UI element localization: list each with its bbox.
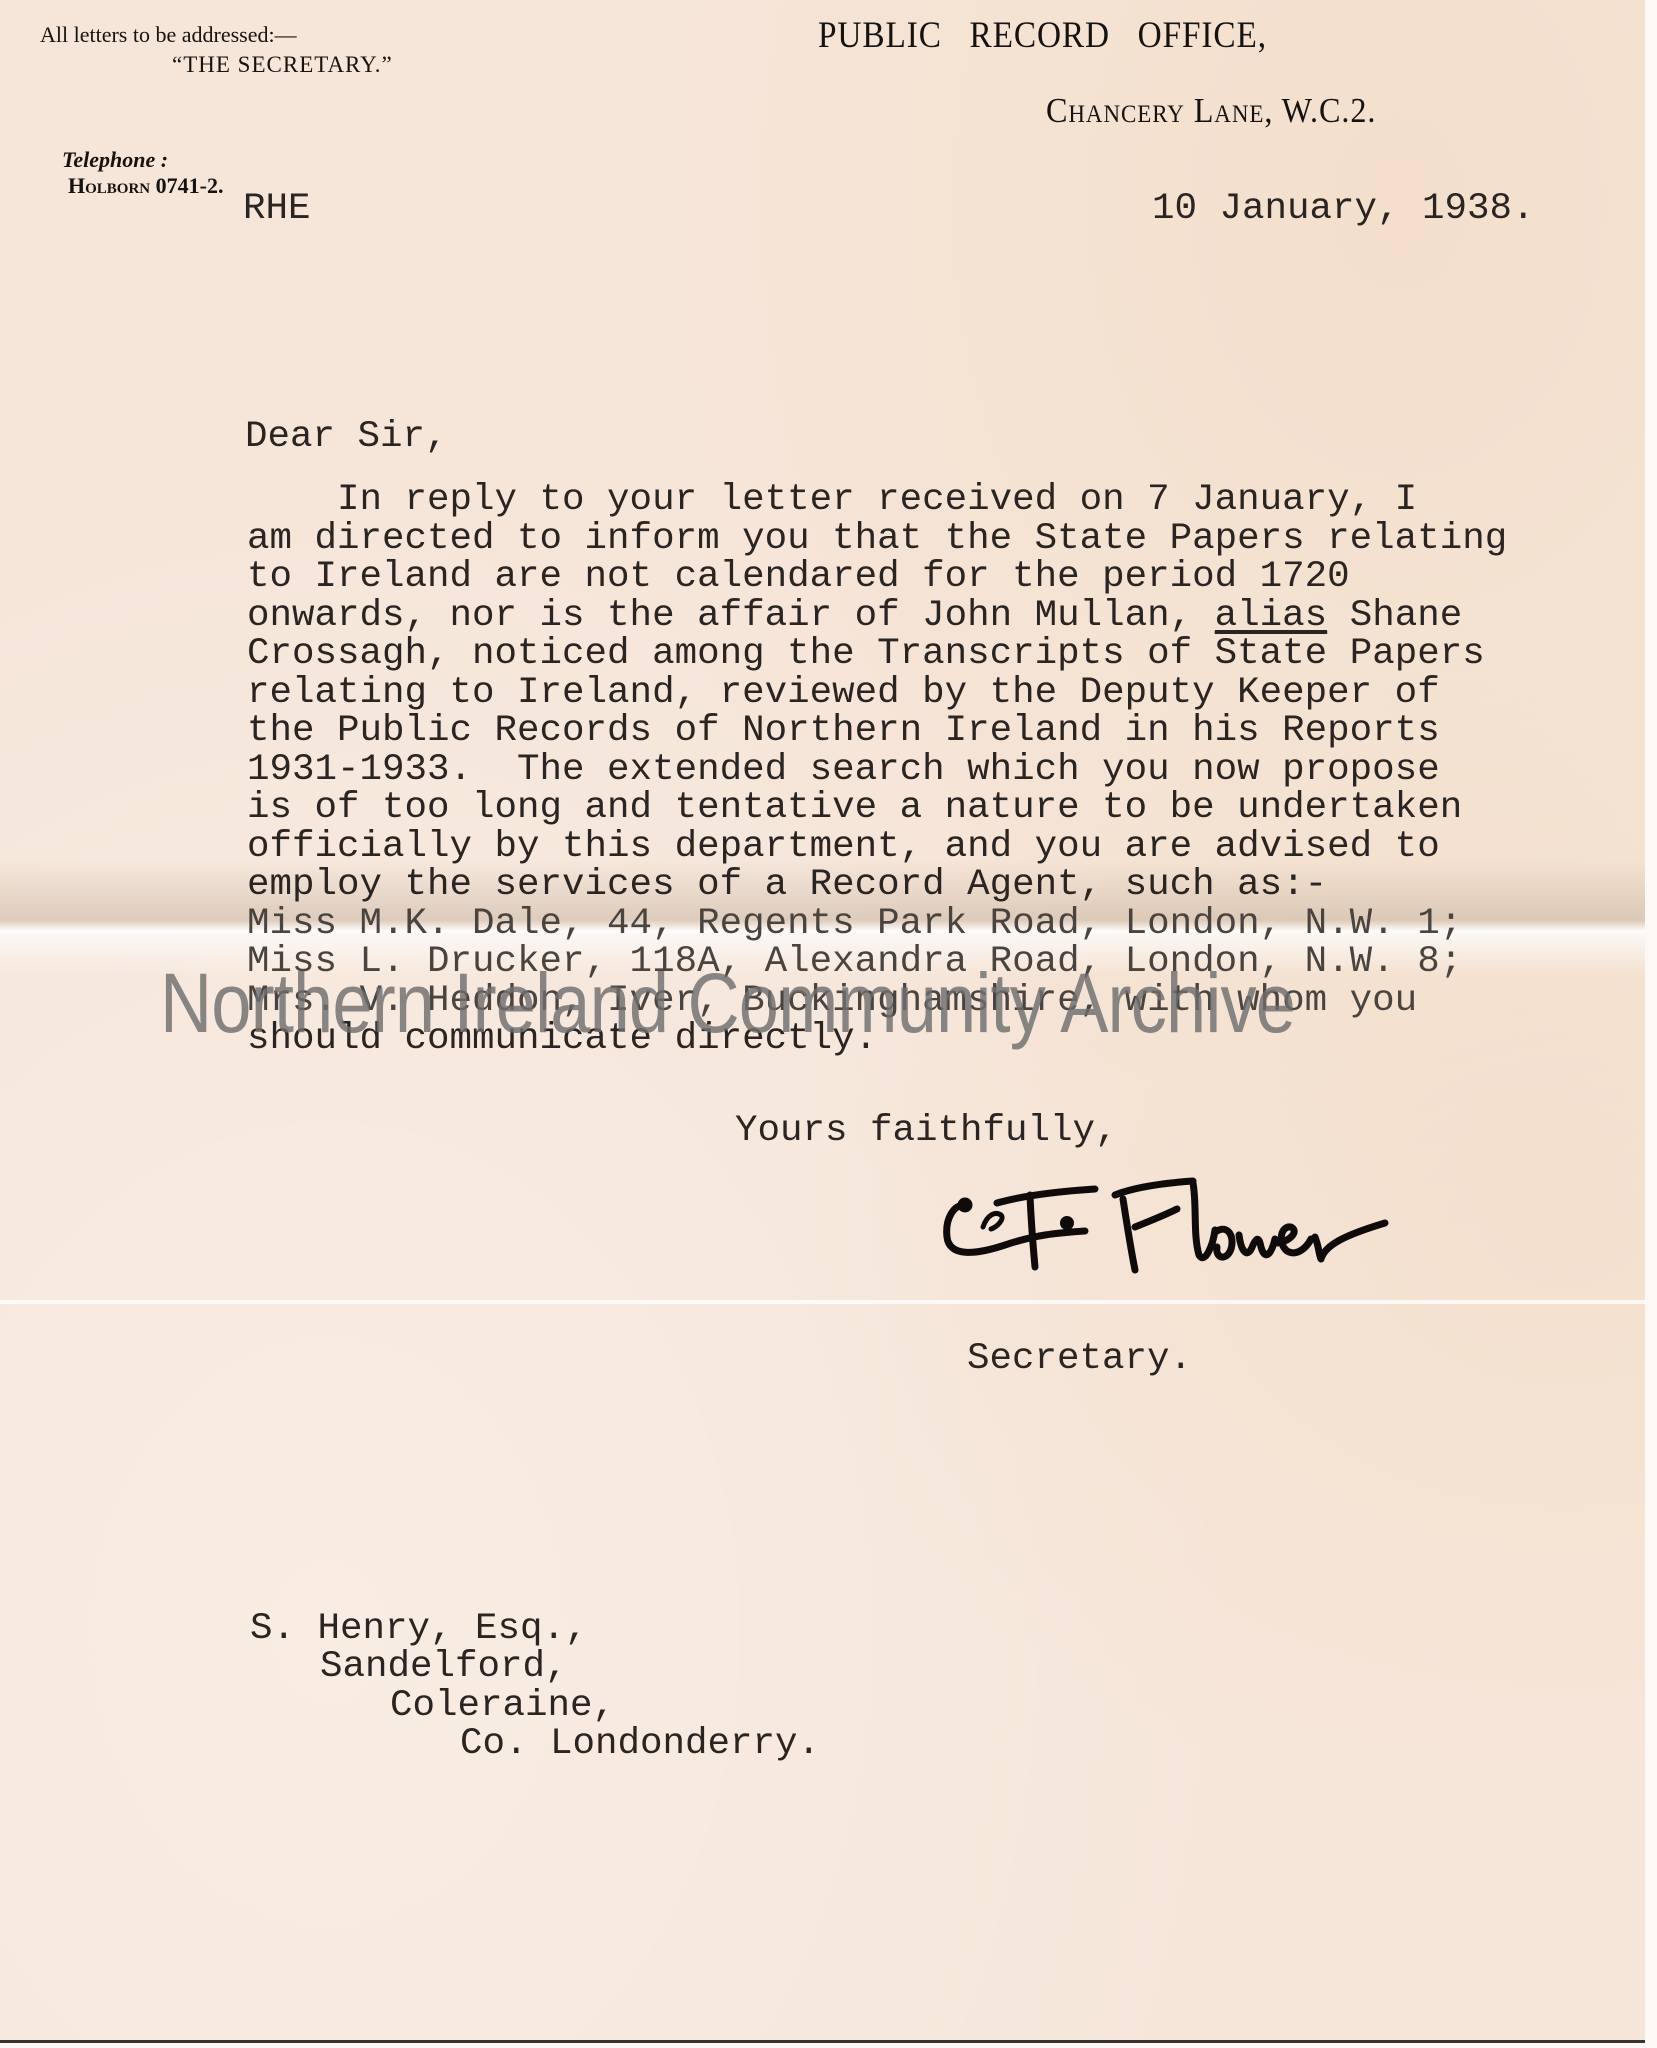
body-line-text: Crossagh, noticed among the Transcripts …: [247, 633, 1215, 675]
closing: Yours faithfully,: [735, 1112, 1118, 1151]
signatory-title: Secretary.: [967, 1340, 1192, 1379]
address-instruction: All letters to be addressed:—: [40, 22, 297, 48]
body-line: to Ireland are not calendared for the pe…: [247, 558, 1350, 597]
body-line: the Public Records of Northern Ireland i…: [247, 712, 1440, 751]
fold-crease-lower: [0, 1300, 1645, 1304]
address-to: “THE SECRETARY.”: [172, 52, 393, 78]
body-line-text: onwards, nor is the affair of John Mulla…: [247, 595, 1215, 637]
body-line-text: Shane: [1327, 595, 1462, 637]
telephone-value: Holborn 0741-2.: [68, 173, 223, 198]
office-address: Chancery Lane, W.C.2.: [1046, 91, 1376, 131]
body-line: In reply to your letter received on 7 Ja…: [247, 481, 1417, 520]
body-line: officially by this department, and you a…: [247, 828, 1440, 867]
archive-watermark: Northern Ireland Community Archive: [160, 955, 1295, 1052]
signature-image: [935, 1175, 1395, 1275]
body-line: Crossagh, noticed among the Transcripts …: [247, 635, 1485, 674]
salutation: Dear Sir,: [245, 418, 448, 457]
recipient-line: Sandelford,: [320, 1648, 568, 1687]
body-line: employ the services of a Record Agent, s…: [247, 866, 1327, 905]
recipient-name: S. Henry, Esq.,: [250, 1610, 588, 1649]
body-line: is of too long and tentative a nature to…: [247, 789, 1462, 828]
telephone-label: Telephone :: [62, 147, 168, 172]
letter-page: All letters to be addressed:— “THE SECRE…: [0, 0, 1645, 2043]
telephone-block: Telephone : Holborn 0741-2.: [40, 121, 223, 225]
body-line-text: Papers: [1327, 633, 1485, 675]
body-line: Miss M.K. Dale, 44, Regents Park Road, L…: [247, 905, 1462, 944]
body-line: 1931-1933. The extended search which you…: [247, 751, 1440, 790]
recipient-line: Co. Londonderry.: [460, 1725, 820, 1764]
office-name: PUBLIC RECORD OFFICE,: [818, 14, 1267, 57]
body-line: relating to Ireland, reviewed by the Dep…: [247, 674, 1440, 713]
letter-date: 10 January, 1938.: [1152, 190, 1535, 229]
state-overlined: State: [1215, 630, 1328, 675]
recipient-line: Coleraine,: [390, 1687, 615, 1726]
body-line: am directed to inform you that the State…: [247, 520, 1507, 559]
reference-code: RHE: [243, 190, 311, 229]
